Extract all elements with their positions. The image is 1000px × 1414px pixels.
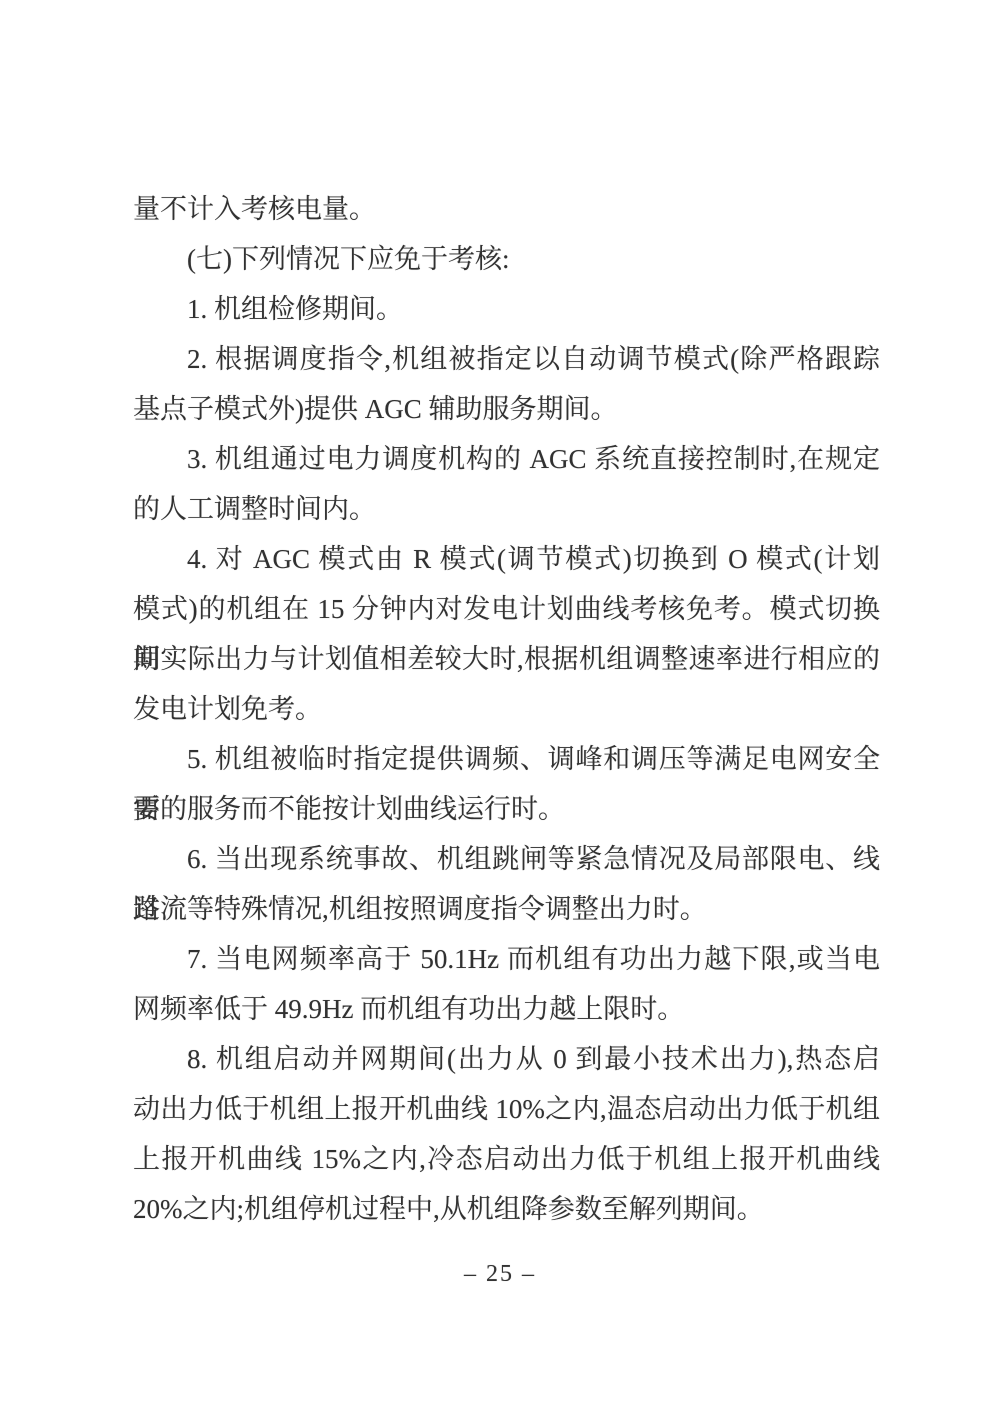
text-line: 网频率低于 49.9Hz 而机组有功出力越上限时。	[133, 984, 880, 1034]
page-number: – 25 –	[0, 1258, 1000, 1290]
document-body-text: 量不计入考核电量。 (七)下列情况下应免于考核: 1. 机组检修期间。 2. 根…	[133, 184, 880, 1234]
document-page: 量不计入考核电量。 (七)下列情况下应免于考核: 1. 机组检修期间。 2. 根…	[0, 0, 1000, 1414]
text-line: 7. 当电网频率高于 50.1Hz 而机组有功出力越下限,或当电	[133, 934, 880, 984]
text-line: 发电计划免考。	[133, 684, 880, 734]
text-line: 5. 机组被临时指定提供调频、调峰和调压等满足电网安全需	[133, 734, 880, 784]
text-line: 量不计入考核电量。	[133, 184, 880, 234]
text-line: 1. 机组检修期间。	[133, 284, 880, 334]
text-line: 6. 当出现系统事故、机组跳闸等紧急情况及局部限电、线路	[133, 834, 880, 884]
text-line: 3. 机组通过电力调度机构的 AGC 系统直接控制时,在规定	[133, 434, 880, 484]
text-line: 2. 根据调度指令,机组被指定以自动调节模式(除严格跟踪	[133, 334, 880, 384]
text-line: (七)下列情况下应免于考核:	[133, 234, 880, 284]
text-line: 的人工调整时间内。	[133, 484, 880, 534]
text-line: 4. 对 AGC 模式由 R 模式(调节模式)切换到 O 模式(计划	[133, 534, 880, 584]
text-line: 基点子模式外)提供 AGC 辅助服务期间。	[133, 384, 880, 434]
text-line: 20%之内;机组停机过程中,从机组降参数至解列期间。	[133, 1184, 880, 1234]
text-line: 要的服务而不能按计划曲线运行时。	[133, 784, 880, 834]
text-line: 模式)的机组在 15 分钟内对发电计划曲线考核免考。模式切换期	[133, 584, 880, 634]
text-line: 过流等特殊情况,机组按照调度指令调整出力时。	[133, 884, 880, 934]
text-line: 上报开机曲线 15%之内,冷态启动出力低于机组上报开机曲线	[133, 1134, 880, 1184]
text-line: 8. 机组启动并网期间(出力从 0 到最小技术出力),热态启	[133, 1034, 880, 1084]
text-line: 间实际出力与计划值相差较大时,根据机组调整速率进行相应的	[133, 634, 880, 684]
text-line: 动出力低于机组上报开机曲线 10%之内,温态启动出力低于机组	[133, 1084, 880, 1134]
